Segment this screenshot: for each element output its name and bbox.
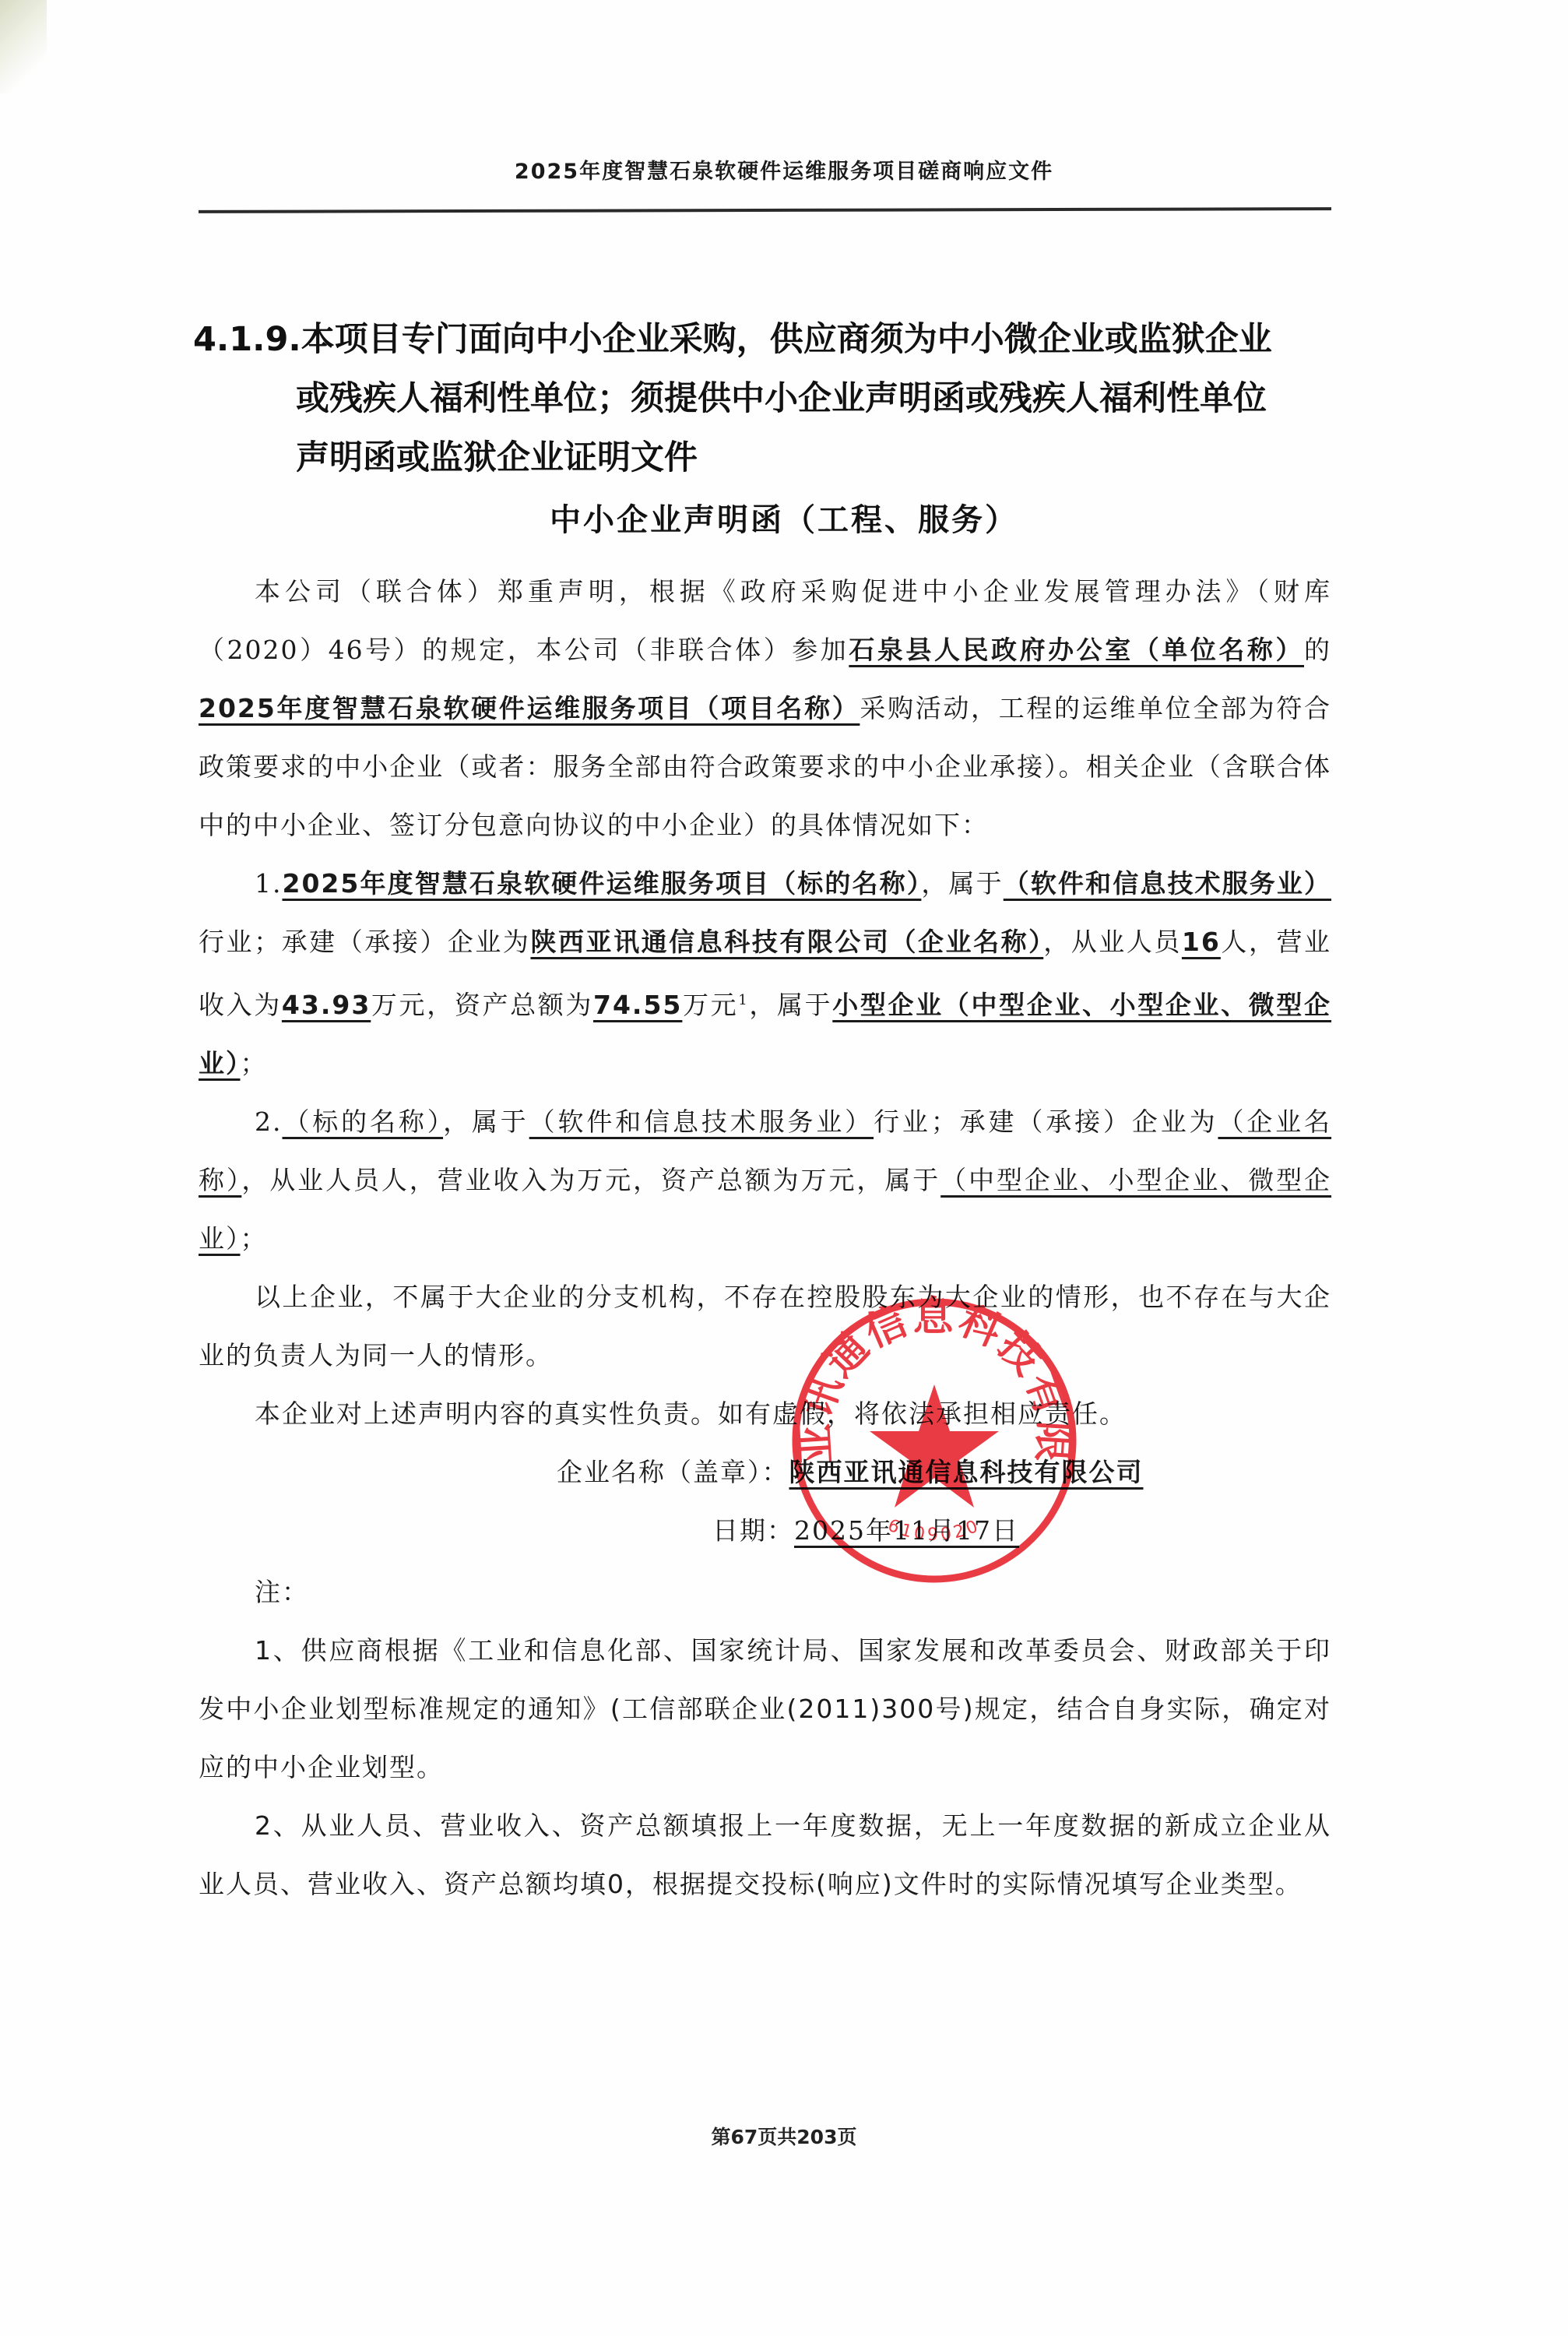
header-divider (199, 207, 1331, 213)
section-heading-line-3: 声明函或监狱企业证明文件 (193, 428, 1338, 487)
item-text: ； (241, 1048, 268, 1078)
notes-label: 注： (199, 1563, 1331, 1621)
letter-title: 中小企业声明函（工程、服务） (0, 495, 1568, 540)
item-number: 1. (255, 868, 283, 899)
project-name: 2025年度智慧石泉软硬件运维服务项目（项目名称） (199, 693, 860, 723)
note-item-1: 1、供应商根据《工业和信息化部、国家统计局、国家发展和改革委员会、财政部关于印发… (199, 1621, 1331, 1796)
page-number: 第67页共203页 (0, 2122, 1568, 2150)
item-text: 行业；承建（承接）企业为 (874, 1106, 1218, 1137)
item-text: 万元 (801, 1165, 857, 1195)
item-text: 万元，资产总额为 (371, 990, 593, 1020)
letter-body: 本公司（联合体）郑重声明，根据《政府采购促进中小企业发展管理办法》（财库（202… (199, 562, 1331, 1913)
item-text: ，属于 (921, 868, 1003, 899)
item-text: 万元，资产总额为 (577, 1165, 800, 1195)
scan-corner-shadow (0, 0, 47, 93)
enterprise-item-1: 1.2025年度智慧石泉软硬件运维服务项目（标的名称），属于（软件和信息技术服务… (199, 854, 1331, 1092)
section-heading: 4.1.9.本项目专门面向中小企业采购，供应商须为中小微企业或监狱企业 或残疾人… (193, 310, 1338, 487)
signature-date-label: 日期： (712, 1515, 794, 1546)
footnote-marker: 1 (738, 992, 748, 1008)
item-text: 人，营业收入为 (381, 1165, 577, 1195)
employee-count: 16 (1182, 927, 1221, 957)
assets-value: 74.55 (593, 990, 682, 1020)
item-text: ，属于 (443, 1106, 529, 1137)
item-number: 2. (255, 1106, 283, 1137)
section-heading-line-1: 本项目专门面向中小企业采购，供应商须为中小微企业或监狱企业 (301, 320, 1272, 359)
statement-truthfulness: 本企业对上述声明内容的真实性负责。如有虚假，将依法承担相应责任。 (199, 1384, 1331, 1443)
buyer-name: 石泉县人民政府办公室（单位名称） (849, 635, 1304, 665)
item-text: ； (241, 1223, 268, 1254)
signature-date-line: 日期：2025年11月17日 (199, 1501, 1331, 1560)
signature-company-value: 陕西亚讯通信息科技有限公司 (789, 1457, 1144, 1487)
revenue-value: 43.93 (282, 990, 371, 1020)
industry: （软件和信息技术服务业） (529, 1106, 874, 1137)
item-text: ，从业人员 (241, 1165, 381, 1195)
subject-name: （标的名称） (283, 1106, 444, 1137)
signature-date-value: 2025年11月17日 (794, 1515, 1019, 1546)
document-header-title: 2025年度智慧石泉软硬件运维服务项目磋商响应文件 (0, 154, 1568, 185)
subject-name: 2025年度智慧石泉软硬件运维服务项目（标的名称） (283, 868, 922, 899)
statement-independence: 以上企业，不属于大企业的分支机构，不存在控股股东为大企业的情形，也不存在与大企业… (199, 1268, 1331, 1384)
item-text: 行业；承建（承接）企业为 (199, 927, 530, 957)
section-number: 4.1.9. (193, 310, 301, 369)
item-text: 万元 (682, 990, 738, 1020)
signature-company-line: 企业名称（盖章）：陕西亚讯通信息科技有限公司 (199, 1443, 1331, 1501)
note-item-2: 2、从业人员、营业收入、资产总额填报上一年度数据，无上一年度数据的新成立企业从业… (199, 1796, 1331, 1913)
company-name: 陕西亚讯通信息科技有限公司（企业名称） (530, 927, 1043, 957)
signature-company-label: 企业名称（盖章）： (557, 1457, 789, 1487)
section-heading-line-2: 或残疾人福利性单位；须提供中小企业声明函或残疾人福利性单位 (193, 369, 1338, 428)
intro-paragraph: 本公司（联合体）郑重声明，根据《政府采购促进中小企业发展管理办法》（财库（202… (199, 562, 1331, 854)
intro-text-2: 的 (1304, 635, 1331, 665)
enterprise-item-2: 2.（标的名称），属于（软件和信息技术服务业）行业；承建（承接）企业为（企业名称… (199, 1092, 1331, 1268)
industry: （软件和信息技术服务业） (1004, 868, 1331, 899)
item-text: ，从业人员 (1043, 927, 1182, 957)
item-text: ，属于 (856, 1165, 940, 1195)
item-text: ，属于 (749, 990, 833, 1020)
